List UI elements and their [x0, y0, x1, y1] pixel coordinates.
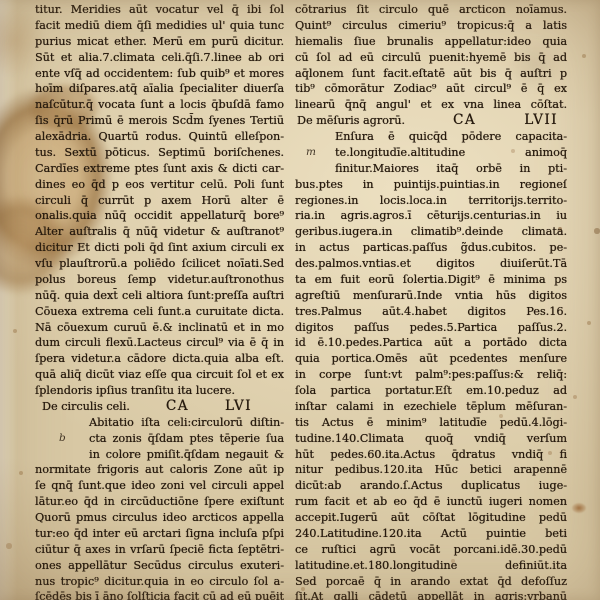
text-line: Quint⁹ circulus cimeriu⁹ tropicus:q̄ a l…: [295, 18, 567, 34]
line-text: latitudine.et.180.longitudine definiūt.i…: [295, 559, 567, 572]
text-line: agreſtiū menſurarū.Inde vntia hūs digito…: [295, 288, 567, 304]
line-text: Sed porcaē q̄ in arando extat q̄d defoſſ…: [295, 575, 567, 588]
line-text: quia portica.Omēs aūt pcedentes menſure: [295, 352, 567, 365]
text-line: digitos paſſus pedes.5.Partica paſſus.2.: [295, 320, 567, 336]
chapter-heading: De circulis celi.CALVI: [35, 399, 284, 415]
text-line: bus.ptes in puintijs.puintias.in regione…: [295, 177, 567, 193]
line-text: dicūt:ab arando.ſ.Actus duplicatus iuge-: [295, 479, 567, 492]
line-text: Cōuexa extrema celi ſunt.a curuitate dic…: [35, 305, 284, 318]
text-line: ſit.At galli cādetū appellāt in agris:vr…: [295, 589, 567, 600]
text-line: ente vſq̄ ad occidentem: ſub quib⁹ et mo…: [35, 66, 284, 82]
text-line: ones appellātur Secūdus circulus exuteri…: [35, 558, 284, 574]
line-text: ria.in agris.agros.ī cēturijs.centurias.…: [295, 209, 567, 222]
line-text: ce ruſtici agrū vocāt porcani.idē.30.ped…: [295, 543, 567, 556]
text-line: geribus.iugera.in climatib⁹.deinde clima…: [295, 224, 567, 240]
line-text: geribus.iugera.in climatib⁹.deinde clima…: [295, 225, 567, 238]
line-text: Abitatio iſta celi:circulorū diſtin-: [89, 416, 284, 429]
text-line: latitudine.et.180.longitudine definiūt.i…: [295, 558, 567, 574]
text-line: Abitatio iſta celi:circulorū diſtin-: [35, 415, 284, 431]
line-text: naſcūtur.q̄ vocata ſunt a locis q̄buſdā …: [35, 98, 284, 111]
text-line: cū ſol ad eū circulū puenit:hyemē bis q̄…: [295, 50, 567, 66]
line-text: tis Actus ē minim⁹ latitudīe pedū.4.lōgi…: [295, 416, 567, 429]
line-text: aq̄lonem ſunt facit.eſtatē aūt bis q̄ au…: [295, 67, 567, 80]
line-text: vſu plauſtrorū.a poliēdo ſcilicet noīati…: [35, 257, 284, 270]
line-text: dicitur Et dicti poli q̄d ſint axium cir…: [35, 241, 284, 254]
text-line: accepit.Iugerū aūt cōſtat lōgitudine ped…: [295, 510, 567, 526]
line-text: tur:eo q̄d inter eū arctari ſigna incluſ…: [35, 527, 284, 540]
line-text: normitate frigoris aut caloris Zone aūt …: [35, 463, 284, 476]
text-line: nitur pedibus.120.ita Hūc betici arapenn…: [295, 462, 567, 478]
line-text: te.longitudīe.altitudine animoq̄: [335, 146, 567, 159]
guide-letter: m: [306, 145, 316, 161]
line-text: quā aliq̄ dicūt viaz eſſe qua circuit ſo…: [35, 368, 284, 381]
text-line: ſpera videtur.a cādore dicta.quia alba e…: [35, 351, 284, 367]
text-line: dum circuli flexū.Lacteus circul⁹ via ē …: [35, 335, 284, 351]
line-text: nūq̄. quia dext̄ celi altiora ſunt:preſſ…: [35, 289, 284, 302]
line-text: in corpe ſunt:vt palm⁹:pes:paſſus:& reli…: [295, 368, 567, 381]
text-line: regiones.in locis.loca.in territorijs.te…: [295, 193, 567, 209]
line-text: ſit.At galli cādetū appellāt in agris:vr…: [295, 590, 567, 600]
line-text: ones appellātur Secūdus circulus exuteri…: [35, 559, 284, 572]
line-text: Quint⁹ circulus cimeriu⁹ tropicus:q̄ a l…: [295, 19, 567, 32]
line-text: facit mediū diem q̄ſi medidies ul' quia …: [35, 19, 284, 32]
text-line: id ē.10.pedes.Partica aūt a portādo dict…: [295, 335, 567, 351]
guide-letter: b: [59, 431, 66, 447]
text-line: lātur.eo q̄d in circūductiōne ſpere exiſ…: [35, 494, 284, 510]
line-text: hiemalis ſiue brunalis appellatur:ideo q…: [295, 35, 567, 48]
line-text: id ē.10.pedes.Partica aūt a portādo dict…: [295, 336, 567, 349]
manuscript-page: titur. Meridies aūt vocatur vel q̄ ibi ſ…: [0, 0, 600, 600]
text-line: Nā cōuexum curuū ē.& inclinatū et in mo: [35, 320, 284, 336]
text-line: tres.Palmus aūt.4.habet digitos Pes.16.: [295, 304, 567, 320]
text-line: dicitur Et dicti poli q̄d ſint axium cir…: [35, 240, 284, 256]
text-line: facit mediū diem q̄ſi medidies ul' quia …: [35, 18, 284, 34]
text-line: linearū q̄nq̄ angul' et ex vna linea cōſ…: [295, 97, 567, 113]
line-text: ſis q̄rū Primū ē merois Scd̄m ſyenes Ter…: [35, 114, 284, 127]
line-text: hoīm diſpares.atq̄ aīalia ſpecialiter di…: [35, 82, 284, 95]
text-line: Cardīes extreme ptes ſunt axis & dicti c…: [35, 161, 284, 177]
text-line: finitur.Maiores itaq̄ orbē in pti-: [295, 161, 567, 177]
text-line: titur. Meridies aūt vocatur vel q̄ ibi ſ…: [35, 2, 284, 18]
text-column-right: cōtrarius ſit circulo quē arcticon noīam…: [295, 2, 567, 600]
text-line: ria.in agris.agros.ī cēturijs.centurias.…: [295, 208, 567, 224]
line-text: ciūtur q̄ axes in vrſarū ſpeciē ficta ſe…: [35, 543, 284, 556]
text-line: tis Actus ē minim⁹ latitudīe pedū.4.lōgi…: [295, 415, 567, 431]
text-line: dines eo q̄d p eos vertitur celū. Poli ſ…: [35, 177, 284, 193]
line-text: titur. Meridies aūt vocatur vel q̄ ibi ſ…: [35, 3, 284, 16]
line-text: cōtrarius ſit circulo quē arcticon noīam…: [295, 3, 567, 16]
chapter-heading: De mēſuris agrorū.CALVII: [295, 113, 567, 129]
text-line: circuli q̄ currūt p axem Horū alter ē ſe…: [35, 193, 284, 209]
line-text: tudine.140.Climata quoq̄ vndiq̄ verſum: [295, 432, 567, 445]
text-line: nus tropic⁹ dicitur.quia in eo circulo ſ…: [35, 574, 284, 590]
text-line: Quorū pmus circulus ideo arcticos appell…: [35, 510, 284, 526]
line-text: tib⁹ cōmorātur Zodiac⁹ aūt circul⁹ ē q̄ …: [295, 82, 567, 95]
text-line: Enſura ē quicq̄d pōdere capacita-: [295, 129, 567, 145]
text-line: tus. Sextū pōticus. Septimū boriſchenes.: [35, 145, 284, 161]
line-text: accepit.Iugerū aūt cōſtat lōgitudine ped…: [295, 511, 567, 524]
text-line: Sūt et alia.7.climata celi.q̄ſi.7.linee …: [35, 50, 284, 66]
text-line: naſcūtur.q̄ vocata ſunt a locis q̄buſdā …: [35, 97, 284, 113]
line-text: 240.Latitudine.120.ita Actū puintie beti: [295, 527, 567, 540]
chapter-abbreviation: CA: [453, 113, 476, 129]
line-text: tres.Palmus aūt.4.habet digitos Pes.16.: [295, 305, 567, 318]
line-text: in actus particas.paſſus g̃dus.cubitos. …: [295, 241, 567, 254]
line-text: Alter auſtralis q̄ nūq̄ videtur & auſtra…: [35, 225, 284, 238]
text-line: onalis.quia nūq̄ occidit appellaturq̄ bo…: [35, 208, 284, 224]
line-text: onalis.quia nūq̄ occidit appellaturq̄ bo…: [35, 209, 284, 222]
text-line: Cōuexa extrema celi ſunt.a curuitate dic…: [35, 304, 284, 320]
text-line: 240.Latitudine.120.ita Actū puintie beti: [295, 526, 567, 542]
text-line: normitate frigoris aut caloris Zone aūt …: [35, 462, 284, 478]
line-text: cta zonis q̄ſdam ptes tēperie ſua: [89, 432, 284, 445]
text-line: aq̄lonem ſunt facit.eſtatē aūt bis q̄ au…: [295, 66, 567, 82]
paper-spot: [572, 503, 586, 513]
line-text: nitur pedibus.120.ita Hūc betici arapenn…: [295, 463, 567, 476]
text-line: ſola partica portatur.Eſt em.10.peduz ad: [295, 383, 567, 399]
line-text: inſtar calami in ezechiele tēplum mēſura…: [295, 400, 567, 413]
line-text: dines eo q̄d p eos vertitur celū. Poli ſ…: [35, 178, 284, 191]
text-line: ta em fuit eorū ſolertia.Digit⁹ ē minima…: [295, 272, 567, 288]
text-line: ſis q̄rū Primū ē merois Scd̄m ſyenes Ter…: [35, 113, 284, 129]
line-text: Quorū pmus circulus ideo arcticos appell…: [35, 511, 284, 524]
line-text: purius micat ether. Merū em purū dicitur…: [35, 35, 284, 48]
line-text: polus boreus ſemp videtur.auſtronothus: [35, 273, 284, 286]
line-text: alexādria. Quartū rodus. Quintū elleſpon…: [35, 130, 284, 143]
line-text: hūt pedes.60.ita.Actus q̄dratus vndiq̄ f…: [295, 448, 567, 461]
text-line: quā aliq̄ dicūt viaz eſſe qua circuit ſo…: [35, 367, 284, 383]
line-text: Nā cōuexum curuū ē.& inclinatū et in mo: [35, 321, 284, 334]
line-text: Sūt et alia.7.climata celi.q̄ſi.7.linee …: [35, 51, 284, 64]
text-line: mte.longitudīe.altitudine animoq̄: [295, 145, 567, 161]
line-text: ente vſq̄ ad occidentem: ſub quib⁹ et mo…: [35, 67, 284, 80]
text-line: Sed porcaē q̄ in arando extat q̄d defoſſ…: [295, 574, 567, 590]
line-text: ſcēdēs bis ī āno ſolſticia facit cū ad e…: [35, 590, 284, 600]
line-text: digitos paſſus pedes.5.Partica paſſus.2.: [295, 321, 567, 334]
text-line: ſe qnq̄ ſunt.que ideo zoni vel circuli a…: [35, 478, 284, 494]
line-text: Enſura ē quicq̄d pōdere capacita-: [335, 130, 567, 143]
line-text: ſola partica portatur.Eſt em.10.peduz ad: [295, 384, 567, 397]
line-text: regiones.in locis.loca.in territorijs.te…: [295, 194, 567, 207]
line-text: agreſtiū menſurarū.Inde vntia hūs digito…: [295, 289, 567, 302]
line-text: des.palmos.vntias.et digitos diuiſerūt.T…: [295, 257, 567, 270]
text-line: Alter auſtralis q̄ nūq̄ videtur & auſtra…: [35, 224, 284, 240]
paper-speckles: [0, 0, 2, 2]
line-text: ſplendoris ipſius tranſitu ita lucere.: [35, 384, 235, 397]
text-line: hoīm diſpares.atq̄ aīalia ſpecialiter di…: [35, 81, 284, 97]
line-text: linearū q̄nq̄ angul' et ex vna linea cōſ…: [295, 98, 567, 111]
chapter-number: LVI: [225, 399, 252, 415]
text-line: alexādria. Quartū rodus. Quintū elleſpon…: [35, 129, 284, 145]
text-line: des.palmos.vntias.et digitos diuiſerūt.T…: [295, 256, 567, 272]
line-text: circuli q̄ currūt p axem Horū alter ē ſe…: [35, 194, 284, 209]
line-text: dum circuli flexū.Lacteus circul⁹ via ē …: [35, 336, 284, 349]
text-line: quia portica.Omēs aūt pcedentes menſure: [295, 351, 567, 367]
text-line: tib⁹ cōmorātur Zodiac⁹ aūt circul⁹ ē q̄ …: [295, 81, 567, 97]
chapter-number: LVII: [524, 113, 558, 129]
chapter-abbreviation: CA: [166, 399, 189, 415]
text-line: vſu plauſtrorū.a poliēdo ſcilicet noīati…: [35, 256, 284, 272]
line-text: rum facit et ab eo q̄d ē iunctū iugeri n…: [295, 495, 567, 508]
text-line: in colore pmiſit.q̄ſdam negauit &: [35, 447, 284, 463]
text-line: ſplendoris ipſius tranſitu ita lucere.: [35, 383, 284, 399]
text-line: cōtrarius ſit circulo quē arcticon noīam…: [295, 2, 567, 18]
chapter-title: De mēſuris agrorū.: [297, 113, 405, 129]
line-text: ſe qnq̄ ſunt.que ideo zoni vel circuli a…: [35, 479, 284, 492]
chapter-title: De circulis celi.: [42, 399, 130, 415]
text-line: inſtar calami in ezechiele tēplum mēſura…: [295, 399, 567, 415]
text-column-left: titur. Meridies aūt vocatur vel q̄ ibi ſ…: [35, 2, 284, 600]
text-line: rum facit et ab eo q̄d ē iunctū iugeri n…: [295, 494, 567, 510]
text-line: ce ruſtici agrū vocāt porcani.idē.30.ped…: [295, 542, 567, 558]
line-text: nus tropic⁹ dicitur.quia in eo circulo ſ…: [35, 575, 284, 588]
line-text: ta em fuit eorū ſolertia.Digit⁹ ē minima…: [295, 273, 567, 286]
line-text: in colore pmiſit.q̄ſdam negauit &: [89, 448, 284, 461]
text-line: purius micat ether. Merū em purū dicitur…: [35, 34, 284, 50]
text-line: dicūt:ab arando.ſ.Actus duplicatus iuge-: [295, 478, 567, 494]
text-line: polus boreus ſemp videtur.auſtronothus: [35, 272, 284, 288]
text-line: tur:eo q̄d inter eū arctari ſigna incluſ…: [35, 526, 284, 542]
text-line: tudine.140.Climata quoq̄ vndiq̄ verſum: [295, 431, 567, 447]
line-text: bus.ptes in puintijs.puintias.in regione…: [295, 178, 567, 191]
text-line: bcta zonis q̄ſdam ptes tēperie ſua: [35, 431, 284, 447]
line-text: finitur.Maiores itaq̄ orbē in pti-: [335, 162, 567, 175]
text-line: in actus particas.paſſus g̃dus.cubitos. …: [295, 240, 567, 256]
line-text: lātur.eo q̄d in circūductiōne ſpere exiſ…: [35, 495, 284, 508]
text-line: hūt pedes.60.ita.Actus q̄dratus vndiq̄ f…: [295, 447, 567, 463]
line-text: cū ſol ad eū circulū puenit:hyemē bis q̄…: [295, 51, 567, 64]
text-line: in corpe ſunt:vt palm⁹:pes:paſſus:& reli…: [295, 367, 567, 383]
text-line: ſcēdēs bis ī āno ſolſticia facit cū ad e…: [35, 589, 284, 600]
line-text: tus. Sextū pōticus. Septimū boriſchenes.: [35, 146, 284, 159]
line-text: Cardīes extreme ptes ſunt axis & dicti c…: [35, 162, 284, 175]
text-line: ciūtur q̄ axes in vrſarū ſpeciē ficta ſe…: [35, 542, 284, 558]
text-line: nūq̄. quia dext̄ celi altiora ſunt:preſſ…: [35, 288, 284, 304]
line-text: ſpera videtur.a cādore dicta.quia alba e…: [35, 352, 284, 365]
text-line: hiemalis ſiue brunalis appellatur:ideo q…: [295, 34, 567, 50]
